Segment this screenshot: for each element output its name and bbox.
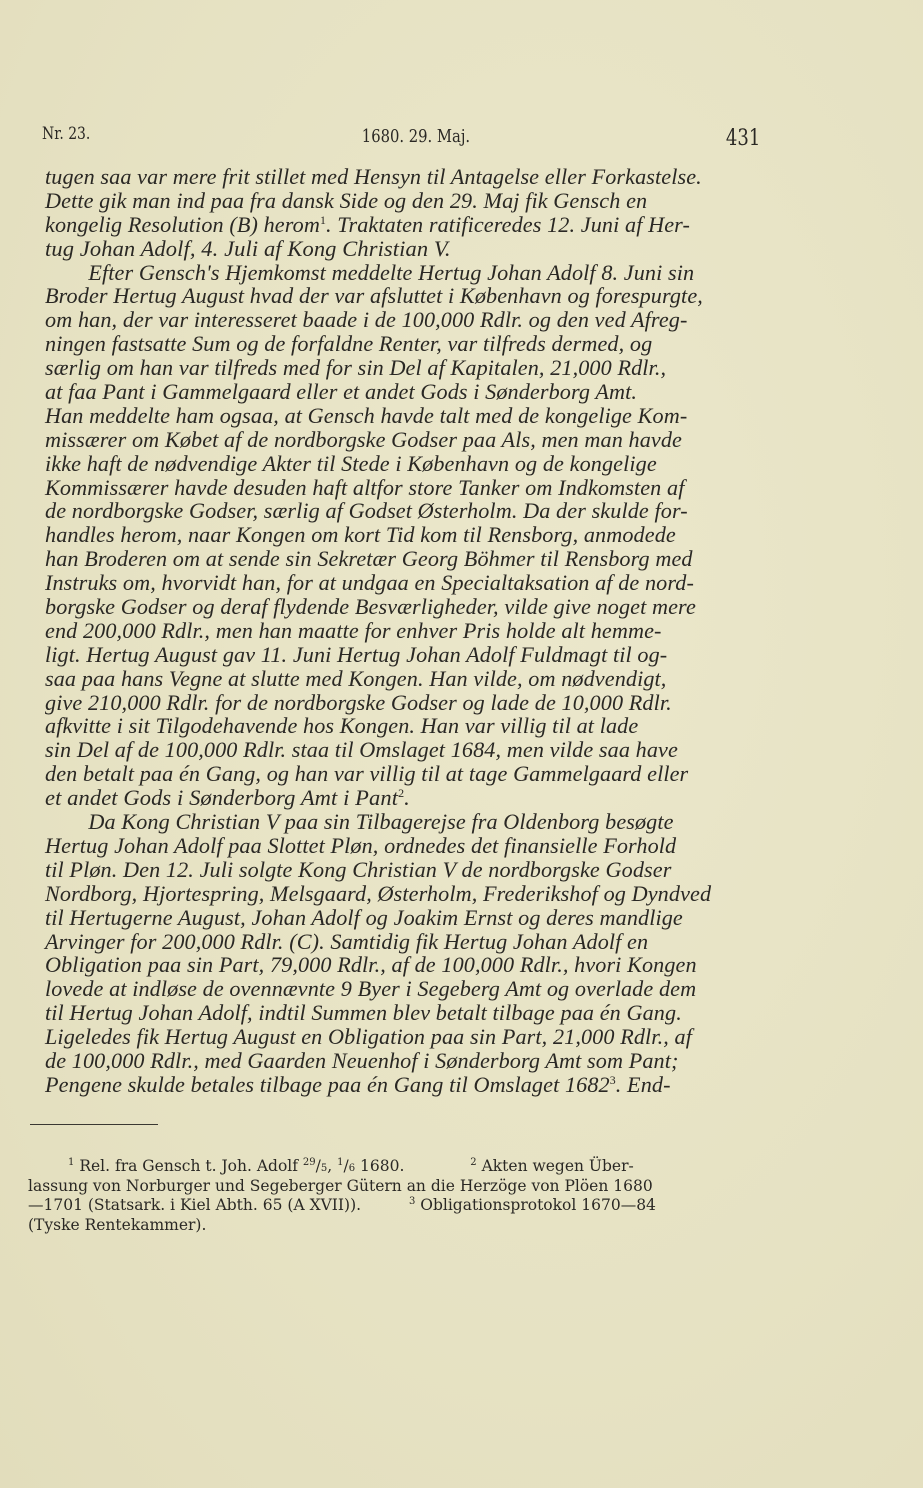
text-line: kongelig Resolution (B) herom1. Traktate…	[45, 213, 755, 237]
text-line: Dette gik man ind paa fra dansk Side og …	[45, 189, 755, 213]
text-line: borgske Godser og deraf flydende Besværl…	[45, 595, 755, 619]
footnote-marker-1: 1	[68, 1157, 74, 1168]
text-line: tug Johan Adolf, 4. Juli af Kong Christi…	[45, 237, 765, 261]
text-line: Pengene skulde betales tilbage paa én Ga…	[45, 1073, 755, 1097]
header-date: 1680. 29. Maj.	[362, 126, 470, 147]
footnote-3-text: Obligationsprotokol 1670—84	[420, 1196, 656, 1214]
text-line: særlig om han var tilfreds med for sin D…	[45, 356, 755, 380]
text-line: til Pløn. Den 12. Juli solgte Kong Chris…	[45, 858, 755, 882]
footnote-marker-3: 3	[409, 1196, 415, 1207]
text-line: de 100,000 Rdlr., med Gaarden Neuenhof i…	[45, 1049, 755, 1073]
text-line: afkvitte i sit Tilgodehavende hos Kongen…	[45, 714, 755, 738]
footnote-1-text: Rel. fra Gensch t. Joh. Adolf	[79, 1157, 303, 1175]
text-line: saa paa hans Vegne at slutte med Kongen.…	[45, 667, 755, 691]
text-line: tugen saa var mere frit stillet med Hens…	[45, 165, 755, 189]
text-line: at faa Pant i Gammelgaard eller et andet…	[45, 380, 755, 404]
footnote-2-text: Akten wegen Über-	[482, 1157, 634, 1175]
footnote-line-3: —1701 (Statsark. i Kiel Abth. 65 (A XVII…	[28, 1196, 728, 1216]
text-line: missærer om Købet af de nordborgske Gods…	[45, 428, 755, 452]
text-line: Instruks om, hvorvidt han, for at undgaa…	[45, 571, 755, 595]
footnotes: 1 Rel. fra Gensch t. Joh. Adolf 29/5, 1/…	[28, 1157, 728, 1235]
text-line: Obligation paa sin Part, 79,000 Rdlr., a…	[45, 953, 755, 977]
text-line: Arvinger for 200,000 Rdlr. (C). Samtidig…	[45, 930, 755, 954]
text-line: lovede at indløse de ovennævnte 9 Byer i…	[45, 977, 755, 1001]
text-line: handles herom, naar Kongen om kort Tid k…	[45, 523, 755, 547]
book-page: Nr. 23. 1680. 29. Maj. 431 tugen saa var…	[0, 0, 923, 1488]
text-line: Ligeledes fik Hertug August en Obligatio…	[45, 1025, 755, 1049]
text-line: ligt. Hertug August gav 11. Juni Hertug …	[45, 643, 755, 667]
footnote-line-4: (Tyske Rentekammer).	[28, 1216, 728, 1236]
footnote-marker-2: 2	[470, 1157, 476, 1168]
text-line: Han meddelte ham ogsaa, at Gensch havde …	[45, 404, 755, 428]
footnote-separator	[30, 1124, 158, 1125]
footnote-line-2: lassung von Norburger und Segeberger Güt…	[28, 1177, 728, 1197]
footnote-line-1: 1 Rel. fra Gensch t. Joh. Adolf 29/5, 1/…	[28, 1157, 728, 1177]
text-line: sin Del af de 100,000 Rdlr. staa til Oms…	[45, 738, 755, 762]
text-line: Efter Gensch's Hjemkomst meddelte Hertug…	[45, 261, 755, 285]
body-text: tugen saa var mere frit stillet med Hens…	[45, 165, 765, 1097]
text-line: Da Kong Christian V paa sin Tilbagerejse…	[45, 810, 755, 834]
text-line: ningen fastsatte Sum og de forfaldne Ren…	[45, 332, 755, 356]
text-line: den betalt paa én Gang, og han var villi…	[45, 762, 755, 786]
page-number: 431	[726, 126, 760, 151]
text-line: Nordborg, Hjortespring, Melsgaard, Øster…	[45, 882, 755, 906]
text-line: han Broderen om at sende sin Sekretær Ge…	[45, 547, 755, 571]
text-line: ikke haft de nødvendige Akter til Stede …	[45, 452, 755, 476]
document-number: Nr. 23.	[42, 124, 90, 144]
text-line: til Hertugerne August, Johan Adolf og Jo…	[45, 906, 755, 930]
text-line: Hertug Johan Adolf paa Slottet Pløn, ord…	[45, 834, 755, 858]
text-line: et andet Gods i Sønderborg Amt i Pant2.	[45, 786, 765, 810]
text-line: om han, der var interesseret baade i de …	[45, 308, 755, 332]
text-line: Broder Hertug August hvad der var afslut…	[45, 284, 755, 308]
text-line: give 210,000 Rdlr. for de nordborgske Go…	[45, 691, 755, 715]
text-line: de nordborgske Godser, særlig af Godset …	[45, 499, 755, 523]
text-line: til Hertug Johan Adolf, indtil Summen bl…	[45, 1001, 755, 1025]
text-line: end 200,000 Rdlr., men han maatte for en…	[45, 619, 755, 643]
running-header: Nr. 23. 1680. 29. Maj. 431	[42, 124, 608, 154]
text-line: Kommissærer havde desuden haft altfor st…	[45, 476, 755, 500]
